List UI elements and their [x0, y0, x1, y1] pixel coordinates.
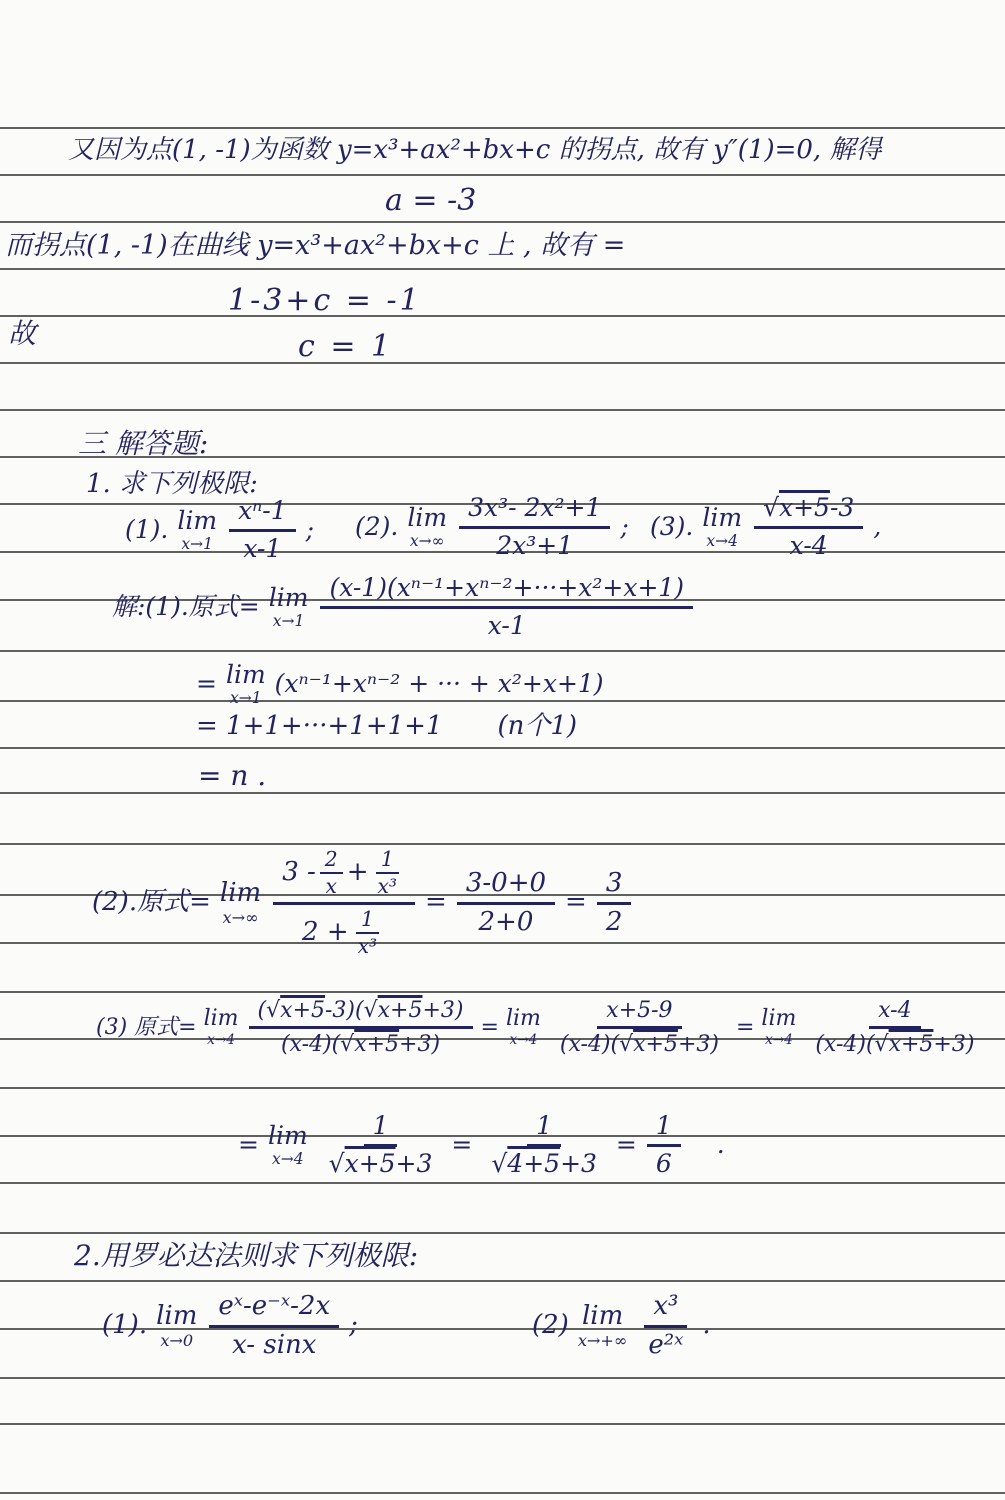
lim-subscript: x→4 — [272, 1152, 304, 1168]
mini-numerator: 1 — [356, 908, 379, 934]
ruled-line — [0, 268, 1005, 270]
section-heading: 三 解答题: — [78, 428, 208, 460]
mini-denominator: x — [321, 874, 342, 898]
ruled-line — [0, 221, 1005, 223]
denominator-term: 2 + — [302, 918, 349, 948]
fraction-numerator: x³ — [644, 1292, 687, 1328]
limit-operator: lim x→1 — [269, 585, 309, 630]
fraction-numerator: (x-1)(xⁿ⁻¹+xⁿ⁻²+···+x²+x+1) — [320, 574, 693, 609]
text-run: ( — [258, 998, 267, 1023]
problem-2-2-number: (2) — [532, 1311, 569, 1341]
lim-subscript: x→∞ — [410, 534, 445, 550]
prelude-line-2-text: 而拐点(1, -1)在曲线 y=x³+ax²+bx+c 上 , 故有 = — [5, 230, 625, 261]
problem-1-2-number: (2). — [355, 513, 398, 542]
ruled-line — [0, 362, 1005, 364]
lim-word: lim — [156, 1303, 197, 1329]
text-run: (x-4)( — [815, 1032, 874, 1057]
fraction-denominator: x- sinx — [223, 1328, 325, 1361]
fraction: 3x³- 2x²+1 2x³+1 — [459, 494, 610, 561]
ruled-line — [0, 1423, 1005, 1425]
equals-sign: = — [238, 1131, 259, 1160]
mini-numerator: 2 — [320, 848, 343, 874]
radical-sign: √ — [763, 494, 779, 523]
fraction-numerator: 3-0+0 — [457, 869, 555, 905]
gu-label-text: 故 — [8, 318, 36, 350]
text-run: +3) — [933, 1032, 974, 1057]
separator: ; — [349, 1311, 358, 1341]
fraction-denominator: 2x³+1 — [487, 529, 582, 561]
notebook-page: 又因为点(1, -1)为函数 y=x³+ax²+bx+c 的拐点, 故有 y″(… — [0, 0, 1005, 1500]
plus-sign: + — [347, 858, 369, 888]
fraction-numerator: x-4 — [869, 998, 920, 1029]
ruled-line — [0, 991, 1005, 993]
text-run: +3 — [560, 1150, 597, 1179]
fraction-denominator: (x-4)(√x+5+3) — [551, 1029, 728, 1057]
text-run: +3) — [678, 1032, 719, 1057]
ruled-line — [0, 1232, 1005, 1234]
ruled-line — [0, 1280, 1005, 1282]
solution-1-step-2: = lim x→1 (xⁿ⁻¹+xⁿ⁻² + ··· + x²+x+1) — [196, 662, 604, 707]
solution-2-row: (2).原式= lim x→∞ 3 - 2 x + 1 x³ 2 + — [92, 848, 634, 958]
problem-1-1-number: (1). — [125, 516, 168, 545]
question-1-title-text: 1. 求下列极限: — [86, 470, 258, 500]
equation-c-text: c = 1 — [298, 330, 393, 365]
ruled-line — [0, 1182, 1005, 1184]
limit-operator: lim x→∞ — [220, 880, 261, 926]
radicand: x+5 — [378, 998, 423, 1023]
mini-fraction: 1 x³ — [353, 908, 383, 959]
fraction-numerator: x+5-9 — [597, 998, 681, 1029]
equals-sign: = — [565, 888, 587, 918]
limit-operator: lim x→1 — [226, 662, 266, 707]
fraction: x³ e²ˣ — [639, 1292, 692, 1361]
fraction: (x-1)(xⁿ⁻¹+xⁿ⁻²+···+x²+x+1) x-1 — [320, 574, 693, 641]
radical-sign: √ — [619, 1032, 633, 1057]
fraction: eˣ-e⁻ˣ-2x x- sinx — [209, 1292, 339, 1361]
fraction: 1 √4+5+3 — [482, 1112, 606, 1179]
main-fraction: 3 - 2 x + 1 x³ 2 + 1 x³ — [273, 848, 415, 958]
text-run: (x-4)( — [560, 1032, 619, 1057]
ruled-line — [0, 1087, 1005, 1089]
separator: , — [873, 513, 881, 542]
lim-subscript: x→4 — [207, 1034, 235, 1048]
fraction-denominator: 2 + 1 x³ — [293, 905, 395, 959]
ruled-line — [0, 650, 1005, 652]
question-2-title: 2.用罗必达法则求下列极限: — [74, 1240, 418, 1272]
fraction-numerator: √x+5-3 — [754, 494, 863, 529]
equation-c: c = 1 — [298, 330, 393, 365]
fraction-denominator: (x-4)(√x+5+3) — [272, 1029, 449, 1057]
solution-3-lead: (3) 原式= — [96, 1015, 197, 1040]
section-heading-text: 三 解答题: — [78, 428, 208, 460]
count-note: (n个1) — [497, 712, 577, 742]
lim-word: lim — [269, 585, 309, 610]
equation-a: a = -3 — [385, 184, 476, 219]
lim-word: lim — [582, 1303, 623, 1329]
fraction-denominator: (x-4)(√x+5+3) — [806, 1029, 983, 1057]
text-run: +3 — [396, 1150, 433, 1179]
limit-operator: lim x→4 — [702, 505, 742, 550]
fraction-denominator: 2 — [597, 905, 632, 938]
limit-operator: lim x→+∞ — [578, 1303, 628, 1349]
limit-operator: lim x→0 — [156, 1303, 197, 1349]
fraction: 1 √x+5+3 — [320, 1112, 442, 1179]
fraction-denominator: x-1 — [234, 532, 290, 564]
equals-sign: = — [451, 1131, 472, 1160]
radical-sign: √ — [875, 1032, 889, 1057]
ruled-line — [0, 792, 1005, 794]
fraction-numerator: xⁿ-1 — [229, 497, 296, 532]
fraction-denominator: e²ˣ — [639, 1328, 692, 1361]
fraction-numerator: eˣ-e⁻ˣ-2x — [209, 1292, 339, 1328]
mini-fraction: 1 x³ — [372, 848, 402, 899]
solution-1-result: = n . — [198, 760, 266, 792]
ruled-line — [0, 174, 1005, 176]
numerator-term: 3 - — [282, 858, 316, 888]
period-mark: . — [717, 1131, 725, 1160]
fraction-numerator: 3 - 2 x + 1 x³ — [273, 848, 415, 905]
ruled-line — [0, 747, 1005, 749]
ruled-line — [0, 1492, 1005, 1494]
fraction-denominator: √x+5+3 — [320, 1147, 442, 1179]
problem-1-3: (3). lim x→4 √x+5-3 x-4 , — [650, 494, 881, 561]
lim-subscript: x→+∞ — [578, 1333, 628, 1349]
limit-operator: lim x→∞ — [407, 505, 447, 550]
lim-word: lim — [220, 880, 261, 906]
equation-1-3-c: 1-3+c = -1 — [228, 284, 422, 319]
lim-word: lim — [702, 505, 742, 530]
radicand: x+5 — [633, 1032, 678, 1057]
equals-sign: = — [196, 670, 217, 699]
result-fraction: 3 2 — [597, 869, 632, 938]
ruled-line — [0, 315, 1005, 317]
radical-sign: √ — [266, 998, 280, 1023]
fraction: (√x+5-3)(√x+5+3) (x-4)(√x+5+3) — [249, 998, 473, 1058]
equation-1-3-c-text: 1-3+c = -1 — [228, 284, 422, 319]
problem-2-2: (2) lim x→+∞ x³ e²ˣ . — [532, 1292, 711, 1361]
fraction-denominator: √4+5+3 — [482, 1147, 606, 1179]
text-run: -3)( — [325, 998, 364, 1023]
ruled-line — [0, 409, 1005, 411]
fraction-numerator: 1 — [364, 1112, 398, 1147]
problem-2-1: (1). lim x→0 eˣ-e⁻ˣ-2x x- sinx ; — [102, 1292, 358, 1361]
limit-operator: lim x→4 — [268, 1123, 308, 1168]
radical-sign: √ — [340, 1032, 354, 1057]
equation-a-text: a = -3 — [385, 184, 476, 219]
limit-operator: lim x→4 — [761, 1008, 796, 1048]
text-run: +3) — [399, 1032, 440, 1057]
fraction-numerator: (√x+5-3)(√x+5+3) — [249, 998, 473, 1029]
solution-1-step-1: 解:(1).原式= lim x→1 (x-1)(xⁿ⁻¹+xⁿ⁻²+···+x²… — [112, 574, 696, 641]
lim-word: lim — [761, 1008, 796, 1030]
fraction: x-4 (x-4)(√x+5+3) — [806, 998, 983, 1058]
ruled-line — [0, 1377, 1005, 1379]
fraction: √x+5-3 x-4 — [754, 494, 863, 561]
lim-word: lim — [268, 1123, 308, 1148]
fraction-denominator: x-4 — [781, 529, 837, 561]
ruled-line — [0, 127, 1005, 129]
separator: ; — [306, 516, 314, 545]
mini-denominator: x³ — [353, 934, 383, 958]
radicand: x+5 — [354, 1032, 399, 1057]
numerator-tail: -3 — [830, 494, 854, 523]
radicand: 4+5 — [507, 1150, 560, 1179]
result-text: = n . — [198, 760, 266, 792]
solution-3-row-1: (3) 原式= lim x→4 (√x+5-3)(√x+5+3) (x-4)(√… — [96, 998, 986, 1058]
prelude-line-1: 又因为点(1, -1)为函数 y=x³+ax²+bx+c 的拐点, 故有 y″(… — [68, 136, 881, 166]
gu-label: 故 — [8, 318, 36, 350]
radicand: x+5 — [280, 998, 325, 1023]
lim-subscript: x→4 — [510, 1034, 538, 1048]
fraction-denominator: 6 — [647, 1147, 681, 1179]
sum-expression: = 1+1+···+1+1+1 — [196, 712, 442, 742]
solution-3-row-2: = lim x→4 1 √x+5+3 = 1 √4+5+3 = 1 6 . — [238, 1112, 725, 1179]
radicand: x+5 — [345, 1150, 396, 1179]
equals-sign: = — [736, 1015, 754, 1040]
fraction-numerator: 3 — [597, 869, 632, 905]
mini-numerator: 1 — [376, 848, 399, 874]
expression: (xⁿ⁻¹+xⁿ⁻² + ··· + x²+x+1) — [275, 670, 604, 699]
problem-1-1: (1). lim x→1 xⁿ-1 x-1 ; — [125, 497, 314, 564]
question-2-title-text: 2.用罗必达法则求下列极限: — [74, 1240, 418, 1272]
separator: ; — [620, 513, 628, 542]
problem-1-2: (2). lim x→∞ 3x³- 2x²+1 2x³+1 ; — [355, 494, 629, 561]
lim-subscript: x→4 — [706, 534, 738, 550]
lim-subscript: x→1 — [181, 537, 213, 553]
prelude-line-2: 而拐点(1, -1)在曲线 y=x³+ax²+bx+c 上 , 故有 = — [5, 230, 625, 261]
fraction: 3-0+0 2+0 — [457, 869, 555, 938]
fraction-denominator: 2+0 — [470, 905, 543, 938]
radicand: x+5 — [779, 494, 830, 523]
problem-1-3-number: (3). — [650, 513, 693, 542]
radical-sign: √ — [491, 1150, 507, 1179]
limit-operator: lim x→4 — [506, 1008, 541, 1048]
radical-sign: √ — [364, 998, 378, 1023]
lim-word: lim — [177, 508, 217, 533]
lim-subscript: x→0 — [160, 1333, 193, 1349]
limit-operator: lim x→4 — [204, 1008, 239, 1048]
text-run: (x-4)( — [281, 1032, 340, 1057]
fraction: x+5-9 (x-4)(√x+5+3) — [551, 998, 728, 1058]
problem-2-1-number: (1). — [102, 1311, 147, 1341]
fraction-numerator: 1 — [527, 1112, 561, 1147]
separator: . — [702, 1311, 710, 1341]
fraction-numerator: 1 — [647, 1112, 681, 1147]
fraction-denominator: x-1 — [479, 609, 535, 641]
ruled-line — [0, 843, 1005, 845]
mini-denominator: x³ — [372, 874, 402, 898]
lim-subscript: x→4 — [765, 1034, 793, 1048]
fraction-numerator: 3x³- 2x²+1 — [459, 494, 610, 529]
result-fraction: 1 6 — [647, 1112, 681, 1179]
lim-subscript: x→∞ — [223, 910, 259, 926]
limit-operator: lim x→1 — [177, 508, 217, 553]
lim-word: lim — [506, 1008, 541, 1030]
radical-sign: √ — [329, 1150, 345, 1179]
lim-word: lim — [226, 662, 266, 687]
fraction: xⁿ-1 x-1 — [229, 497, 296, 564]
lim-subscript: x→1 — [230, 691, 262, 707]
lim-subscript: x→1 — [273, 614, 305, 630]
equals-sign: = — [616, 1131, 637, 1160]
question-1-title: 1. 求下列极限: — [86, 470, 258, 500]
equals-sign: = — [425, 888, 447, 918]
mini-fraction: 2 x — [320, 848, 343, 899]
equals-sign: = — [481, 1015, 499, 1040]
radicand: x+5 — [889, 1032, 934, 1057]
solution-2-lead: (2).原式= — [92, 888, 211, 918]
solution-1-lead: 解:(1).原式= — [112, 593, 260, 622]
prelude-line-1-text: 又因为点(1, -1)为函数 y=x³+ax²+bx+c 的拐点, 故有 y″(… — [68, 136, 881, 166]
lim-word: lim — [204, 1008, 239, 1030]
text-run: +3) — [422, 998, 463, 1023]
lim-word: lim — [407, 505, 447, 530]
solution-1-step-3: = 1+1+···+1+1+1 (n个1) — [196, 712, 577, 742]
